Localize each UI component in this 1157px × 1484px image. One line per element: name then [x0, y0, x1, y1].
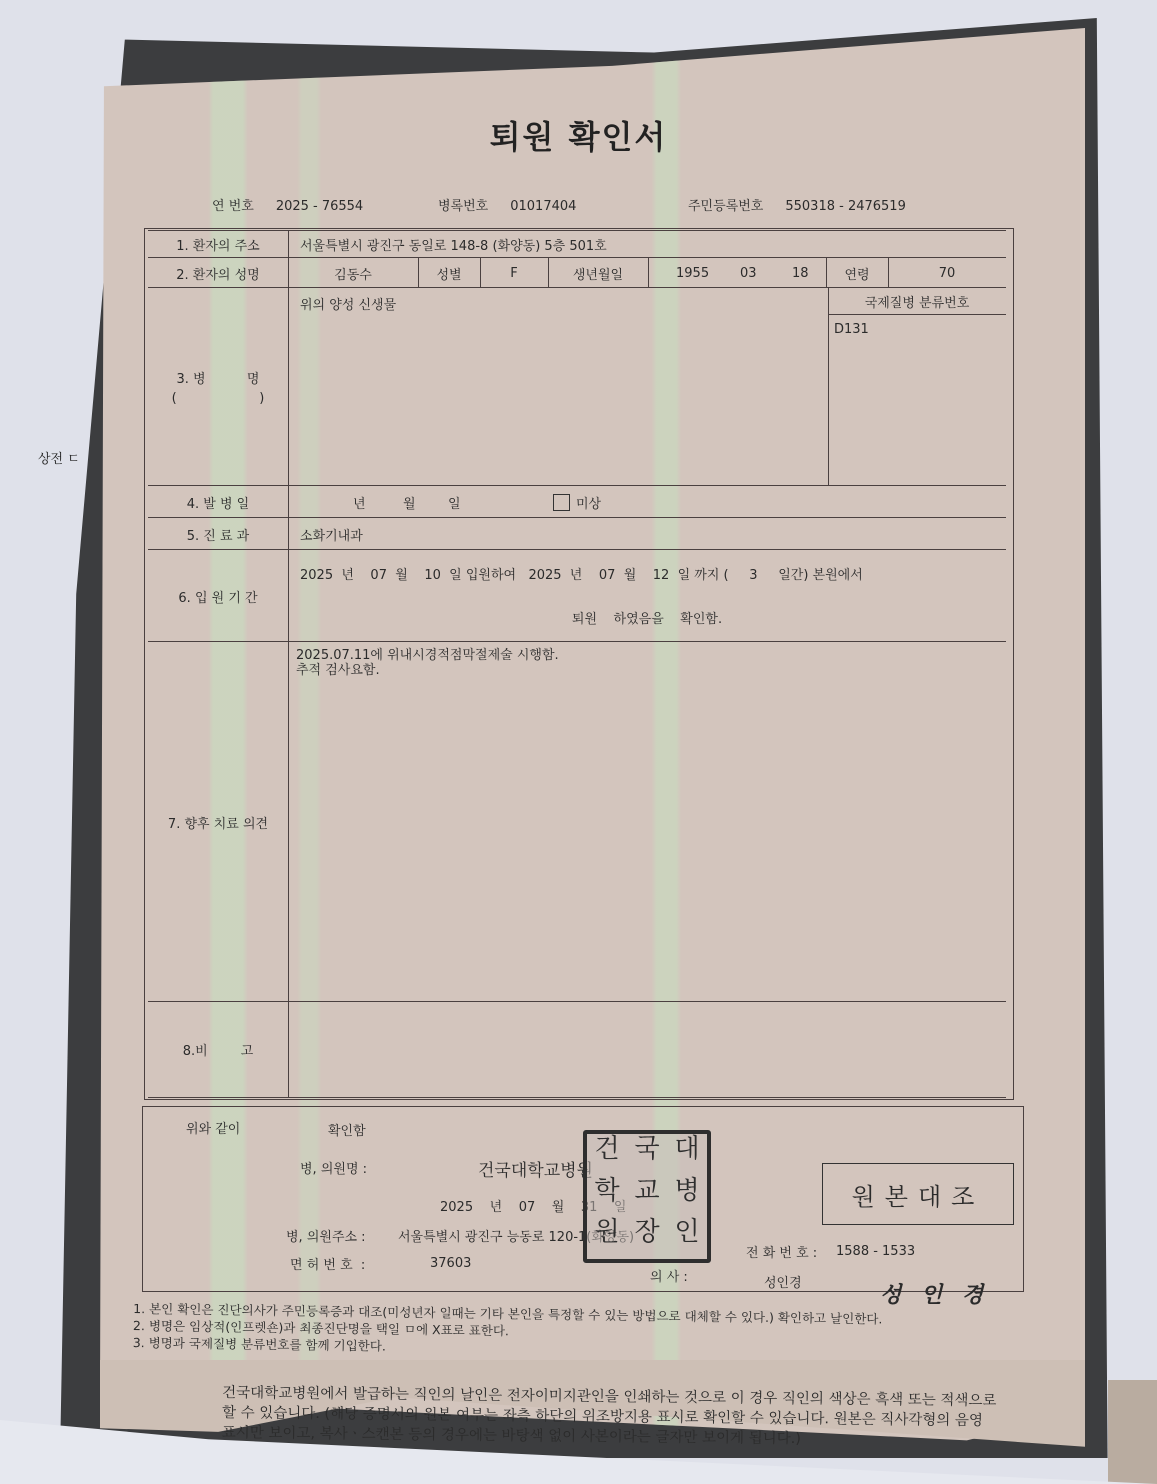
seal-char: 학: [587, 1176, 627, 1218]
seal-char: 인: [667, 1217, 707, 1259]
diagnosis-value: 위의 양성 신생물: [300, 294, 396, 313]
admission-line2: 퇴원 하였음을 확인함.: [288, 608, 1006, 627]
remarks-label: 8.비 고: [148, 1002, 288, 1097]
footer-disclaimer: 건국대학교병원에서 발급하는 직인의 날인은 전자이미지관인을 인쇄하는 것으로…: [222, 1383, 1053, 1452]
row-remarks: 8.비 고: [148, 1001, 1006, 1098]
opinion-label: 7. 향후 치료 의견: [148, 642, 288, 1002]
address-value: 서울특별시 광진구 동일로 148-8 (화양동) 5층 501호: [300, 231, 607, 258]
seal-char: 병: [667, 1176, 707, 1218]
icd-value: D131: [834, 322, 869, 337]
seal-char: 장: [627, 1217, 667, 1259]
hospital-seal: 건 국 대 학 교 병 원 장 인: [583, 1130, 711, 1263]
name-value: 김동수: [288, 258, 418, 288]
record-number: 병록번호01017404: [438, 195, 598, 214]
form-notes: 1. 본인 확인은 진단의사가 주민등록증과 대조(미성년자 일때는 기타 본인…: [133, 1300, 883, 1361]
sex-label: 성별: [418, 258, 480, 288]
confirmation-lead: 위와 같이: [186, 1118, 240, 1137]
onset-day: 일: [448, 486, 461, 518]
age-value: 70: [888, 258, 1006, 288]
record-label: 병록번호: [438, 199, 488, 214]
resident-id-label: 주민등록번호: [688, 199, 763, 214]
sex-value: F: [480, 258, 548, 288]
row-opinion: 7. 향후 치료 의견 2025.07.11에 위내시경적점막절제술 시행함. …: [148, 641, 1006, 1002]
hospital-address-label: 병, 의원주소 :: [286, 1226, 366, 1245]
phone-label: 전 화 번 호 :: [746, 1242, 817, 1261]
row-diagnosis: 3. 병 명 ( ) 위의 양성 신생물 국제질병 분류번호 D131: [148, 287, 1006, 486]
address-label: 1. 환자의 주소: [148, 231, 288, 258]
phone-value: 1588 - 1533: [836, 1244, 915, 1259]
department-value: 소화기내과: [300, 518, 363, 550]
onset-unknown-label: 미상: [576, 493, 601, 512]
dob-year: 1955: [676, 258, 709, 288]
doctor-label: 의 사 :: [650, 1266, 688, 1285]
serial-value: 2025 - 76554: [276, 199, 363, 214]
row-onset: 4. 발 병 일 년 월 일 미상: [148, 485, 1006, 518]
diagnosis-label-paren: ( ): [158, 391, 278, 406]
dob-label: 생년월일: [548, 258, 648, 288]
doctor-value: 성인경: [764, 1272, 802, 1291]
seal-char: 대: [667, 1134, 707, 1176]
onset-label: 4. 발 병 일: [148, 486, 288, 518]
seal-char: 건: [587, 1134, 627, 1176]
admission-line1: 2025 년 07 월 10 일 입원하여 2025 년 07 월 12 일 까…: [300, 564, 863, 583]
row-admission: 6. 입 원 기 간 2025 년 07 월 10 일 입원하여 2025 년 …: [148, 549, 1006, 642]
document-title: 퇴원 확인서: [0, 112, 1157, 158]
icd-label: 국제질병 분류번호: [828, 288, 1006, 315]
original-verified-stamp: 원본대조: [822, 1163, 1014, 1225]
dob-day: 18: [792, 258, 809, 288]
row-department: 5. 진 료 과 소화기내과: [148, 517, 1006, 550]
background-strip-text: 상전 ㄷ: [38, 448, 80, 467]
hospital-label: 병, 의원명 :: [300, 1158, 367, 1177]
serial-label: 연 번호: [212, 199, 254, 214]
doctor-signature: 성 인 경: [880, 1278, 989, 1309]
onset-unknown-checkbox[interactable]: [553, 494, 570, 511]
row-name: 2. 환자의 성명 김동수 성별 F 생년월일 1955 03 18 연령 70: [148, 257, 1006, 288]
onset-month: 월: [403, 486, 416, 518]
onset-unknown[interactable]: 미상: [553, 486, 601, 518]
seal-char: 국: [627, 1134, 667, 1176]
dob-month: 03: [740, 258, 757, 288]
admission-label: 6. 입 원 기 간: [148, 550, 288, 642]
seal-char: 원: [587, 1217, 627, 1259]
opinion-line2: 추적 검사요함.: [296, 663, 559, 678]
seal-char: 교: [627, 1176, 667, 1218]
opinion-line1: 2025.07.11에 위내시경적점막절제술 시행함.: [296, 648, 559, 663]
record-value: 01017404: [510, 199, 576, 214]
department-label: 5. 진 료 과: [148, 518, 288, 550]
resident-id: 주민등록번호550318 - 2476519: [688, 195, 928, 214]
onset-year: 년: [353, 486, 366, 518]
age-label: 연령: [826, 258, 888, 288]
hospital-value: 건국대학교병원: [478, 1156, 593, 1181]
license-value: 37603: [430, 1256, 471, 1271]
row-address: 1. 환자의 주소 서울특별시 광진구 동일로 148-8 (화양동) 5층 5…: [148, 230, 1006, 258]
confirmation-confirm: 확인함: [328, 1120, 366, 1139]
name-label: 2. 환자의 성명: [148, 258, 288, 288]
carpet-corner: [1108, 1380, 1157, 1484]
resident-id-value: 550318 - 2476519: [785, 199, 905, 214]
diagnosis-label: 3. 병 명: [158, 368, 278, 387]
serial-number: 연 번호2025 - 76554: [212, 195, 385, 214]
license-label: 면 허 번 호 :: [290, 1254, 365, 1273]
